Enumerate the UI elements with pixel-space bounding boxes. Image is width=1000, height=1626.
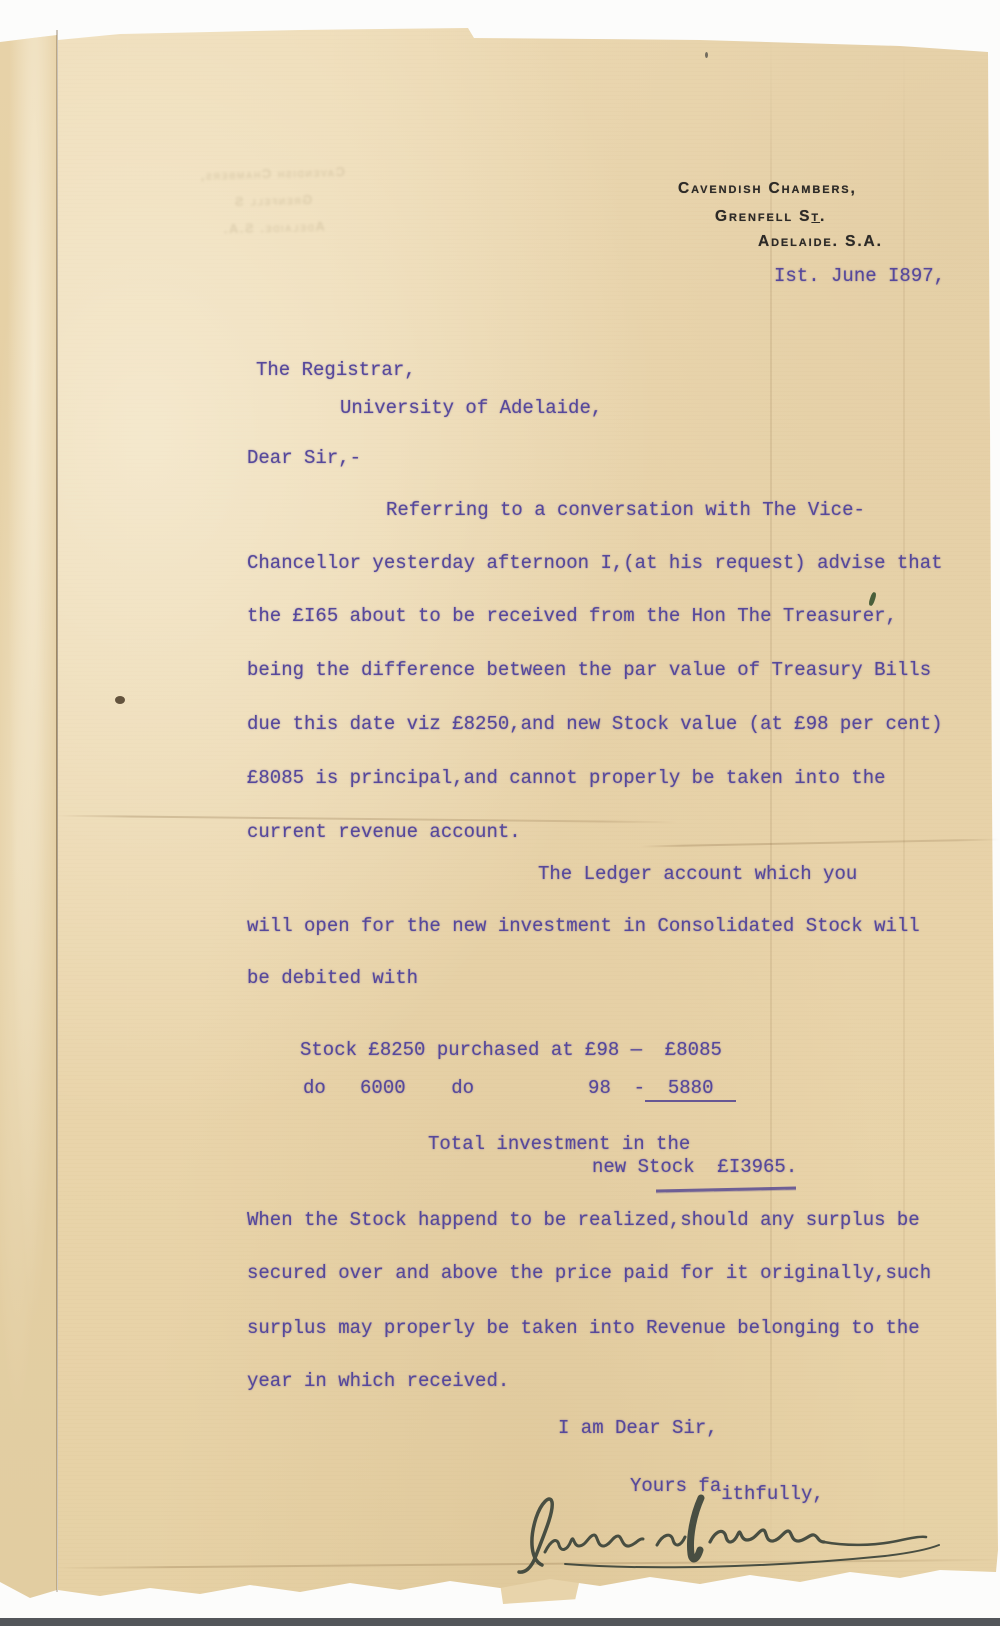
- schedule-row-2-left: do 6000 do 98 -: [303, 1077, 645, 1099]
- recipient-line: The Registrar,: [256, 360, 416, 381]
- body-line: will open for the new investment in Cons…: [247, 916, 920, 937]
- signature-ink-strokes: [505, 1490, 950, 1578]
- schedule-total-line-2: new Stock £I3965.: [592, 1157, 797, 1178]
- closing-line: I am Dear Sir,: [558, 1418, 718, 1439]
- letterhead-street-pre: Grenfell S: [715, 208, 811, 225]
- schedule-total-line-1: Total investment in the: [428, 1134, 690, 1155]
- letterhead-line-1: Cavendish Chambers,: [678, 180, 857, 198]
- body-line: being the difference between the par val…: [247, 660, 931, 681]
- schedule-row-1: Stock £8250 purchased at £98 — £8085: [300, 1040, 722, 1061]
- recipient-line: University of Adelaide,: [340, 398, 602, 419]
- body-line: The Ledger account which you: [538, 864, 857, 885]
- letter-date: Ist. June I897,: [774, 266, 945, 287]
- body-line: be debited with: [247, 968, 418, 989]
- letterhead-chambers: Cavendish Chambers,: [678, 180, 857, 197]
- letterhead-street-sup: t: [811, 208, 820, 225]
- body-line: Chancellor yesterday afternoon I,(at his…: [247, 553, 943, 574]
- letterhead-line-3: Adelaide. S.A.: [758, 233, 883, 251]
- letter-content: Cavendish Chambers, Grenfell S Adelaide.…: [0, 0, 1000, 1626]
- body-line: due this date viz £8250,and new Stock va…: [247, 714, 943, 735]
- body-line: surplus may properly be taken into Reven…: [247, 1318, 920, 1339]
- ghost-line: Adelaide. S.A.: [168, 211, 379, 243]
- letterhead-city: Adelaide. S.A.: [758, 233, 883, 250]
- body-line: secured over and above the price paid fo…: [247, 1263, 931, 1284]
- salutation: Dear Sir,-: [247, 448, 361, 469]
- sheet-seam-line: [56, 30, 58, 1592]
- scanned-letter-page: Cavendish Chambers, Grenfell S Adelaide.…: [0, 0, 1000, 1626]
- scanner-edge-bar: [0, 1618, 1000, 1626]
- body-line: £8085 is principal,and cannot properly b…: [247, 768, 886, 789]
- fold-crease: [640, 839, 1000, 848]
- body-line: year in which received.: [247, 1371, 509, 1392]
- body-line: When the Stock happend to be realized,sh…: [247, 1210, 920, 1231]
- body-line: Referring to a conversation with The Vic…: [386, 500, 865, 521]
- total-underline-rule: [656, 1187, 796, 1192]
- schedule-row-2-amount: 5880: [645, 1077, 736, 1102]
- letterhead-street-post: .: [820, 208, 826, 225]
- letterhead-line-2: Grenfell St.: [715, 208, 826, 226]
- body-line: current revenue account.: [247, 822, 521, 843]
- handwritten-signature: Edwin Thomas: [505, 1490, 950, 1578]
- schedule-row-2: do 6000 do 98 - 5880: [303, 1078, 736, 1099]
- ghost-letterhead-impression: Cavendish Chambers, Grenfell S Adelaide.…: [167, 157, 379, 258]
- body-line: the £I65 about to be received from the H…: [247, 606, 897, 627]
- paper-speck: [705, 52, 708, 58]
- ink-spot: [115, 696, 125, 704]
